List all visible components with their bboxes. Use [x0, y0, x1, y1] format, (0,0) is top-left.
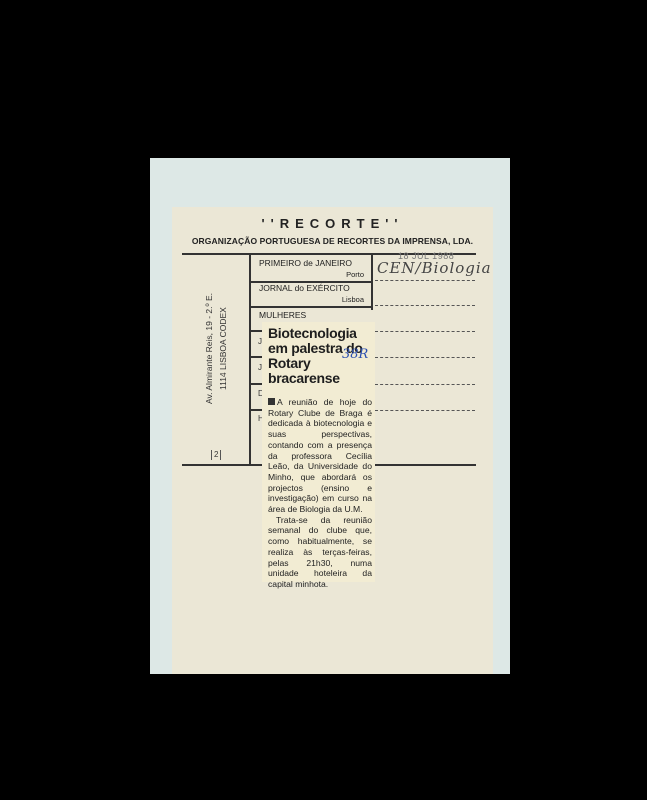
- row-rule: [249, 383, 263, 385]
- address-line-2: 1114 LISBOA CODEX: [218, 307, 228, 390]
- bullet-square-icon: [268, 398, 275, 405]
- newspaper-city: Porto: [320, 270, 364, 279]
- form-subtitle: ORGANIZAÇÃO PORTUGUESA DE RECORTES DA IM…: [172, 236, 493, 246]
- row-rule: [249, 356, 263, 358]
- row-rule: [375, 331, 475, 333]
- row-rule: [375, 410, 475, 412]
- newspaper-name: JORNAL do EXÉRCITO: [259, 283, 350, 293]
- form-title: ''RECORTE'': [172, 216, 493, 231]
- clipping-paragraph: A reunião de hoje do Rotary Clube de Bra…: [268, 397, 372, 514]
- address-line-1: Av. Almirante Reis, 19 - 2.º E.: [204, 293, 214, 404]
- row-rule: [375, 357, 475, 359]
- newspaper-name: MULHERES: [259, 310, 306, 320]
- clipping-body: A reunião de hoje do Rotary Clube de Bra…: [268, 397, 372, 590]
- row-rule: [375, 305, 475, 307]
- newspaper-city: Lisboa: [320, 295, 364, 304]
- newspaper-name: PRIMEIRO de JANEIRO: [259, 258, 352, 268]
- row-rule: [249, 306, 371, 308]
- page-number: 2: [211, 450, 221, 460]
- row-rule: [249, 409, 263, 411]
- handwritten-category: CEN/Biologia: [377, 259, 492, 277]
- row-rule: [249, 330, 263, 332]
- row-rule: [375, 384, 475, 386]
- sidebar-divider: [249, 253, 251, 464]
- handwritten-note: 38R: [342, 347, 368, 362]
- annotation-divider: [371, 253, 373, 310]
- clipping-paragraph: Trata-se da reunião semanal do clube que…: [268, 515, 372, 590]
- row-rule: [375, 280, 475, 282]
